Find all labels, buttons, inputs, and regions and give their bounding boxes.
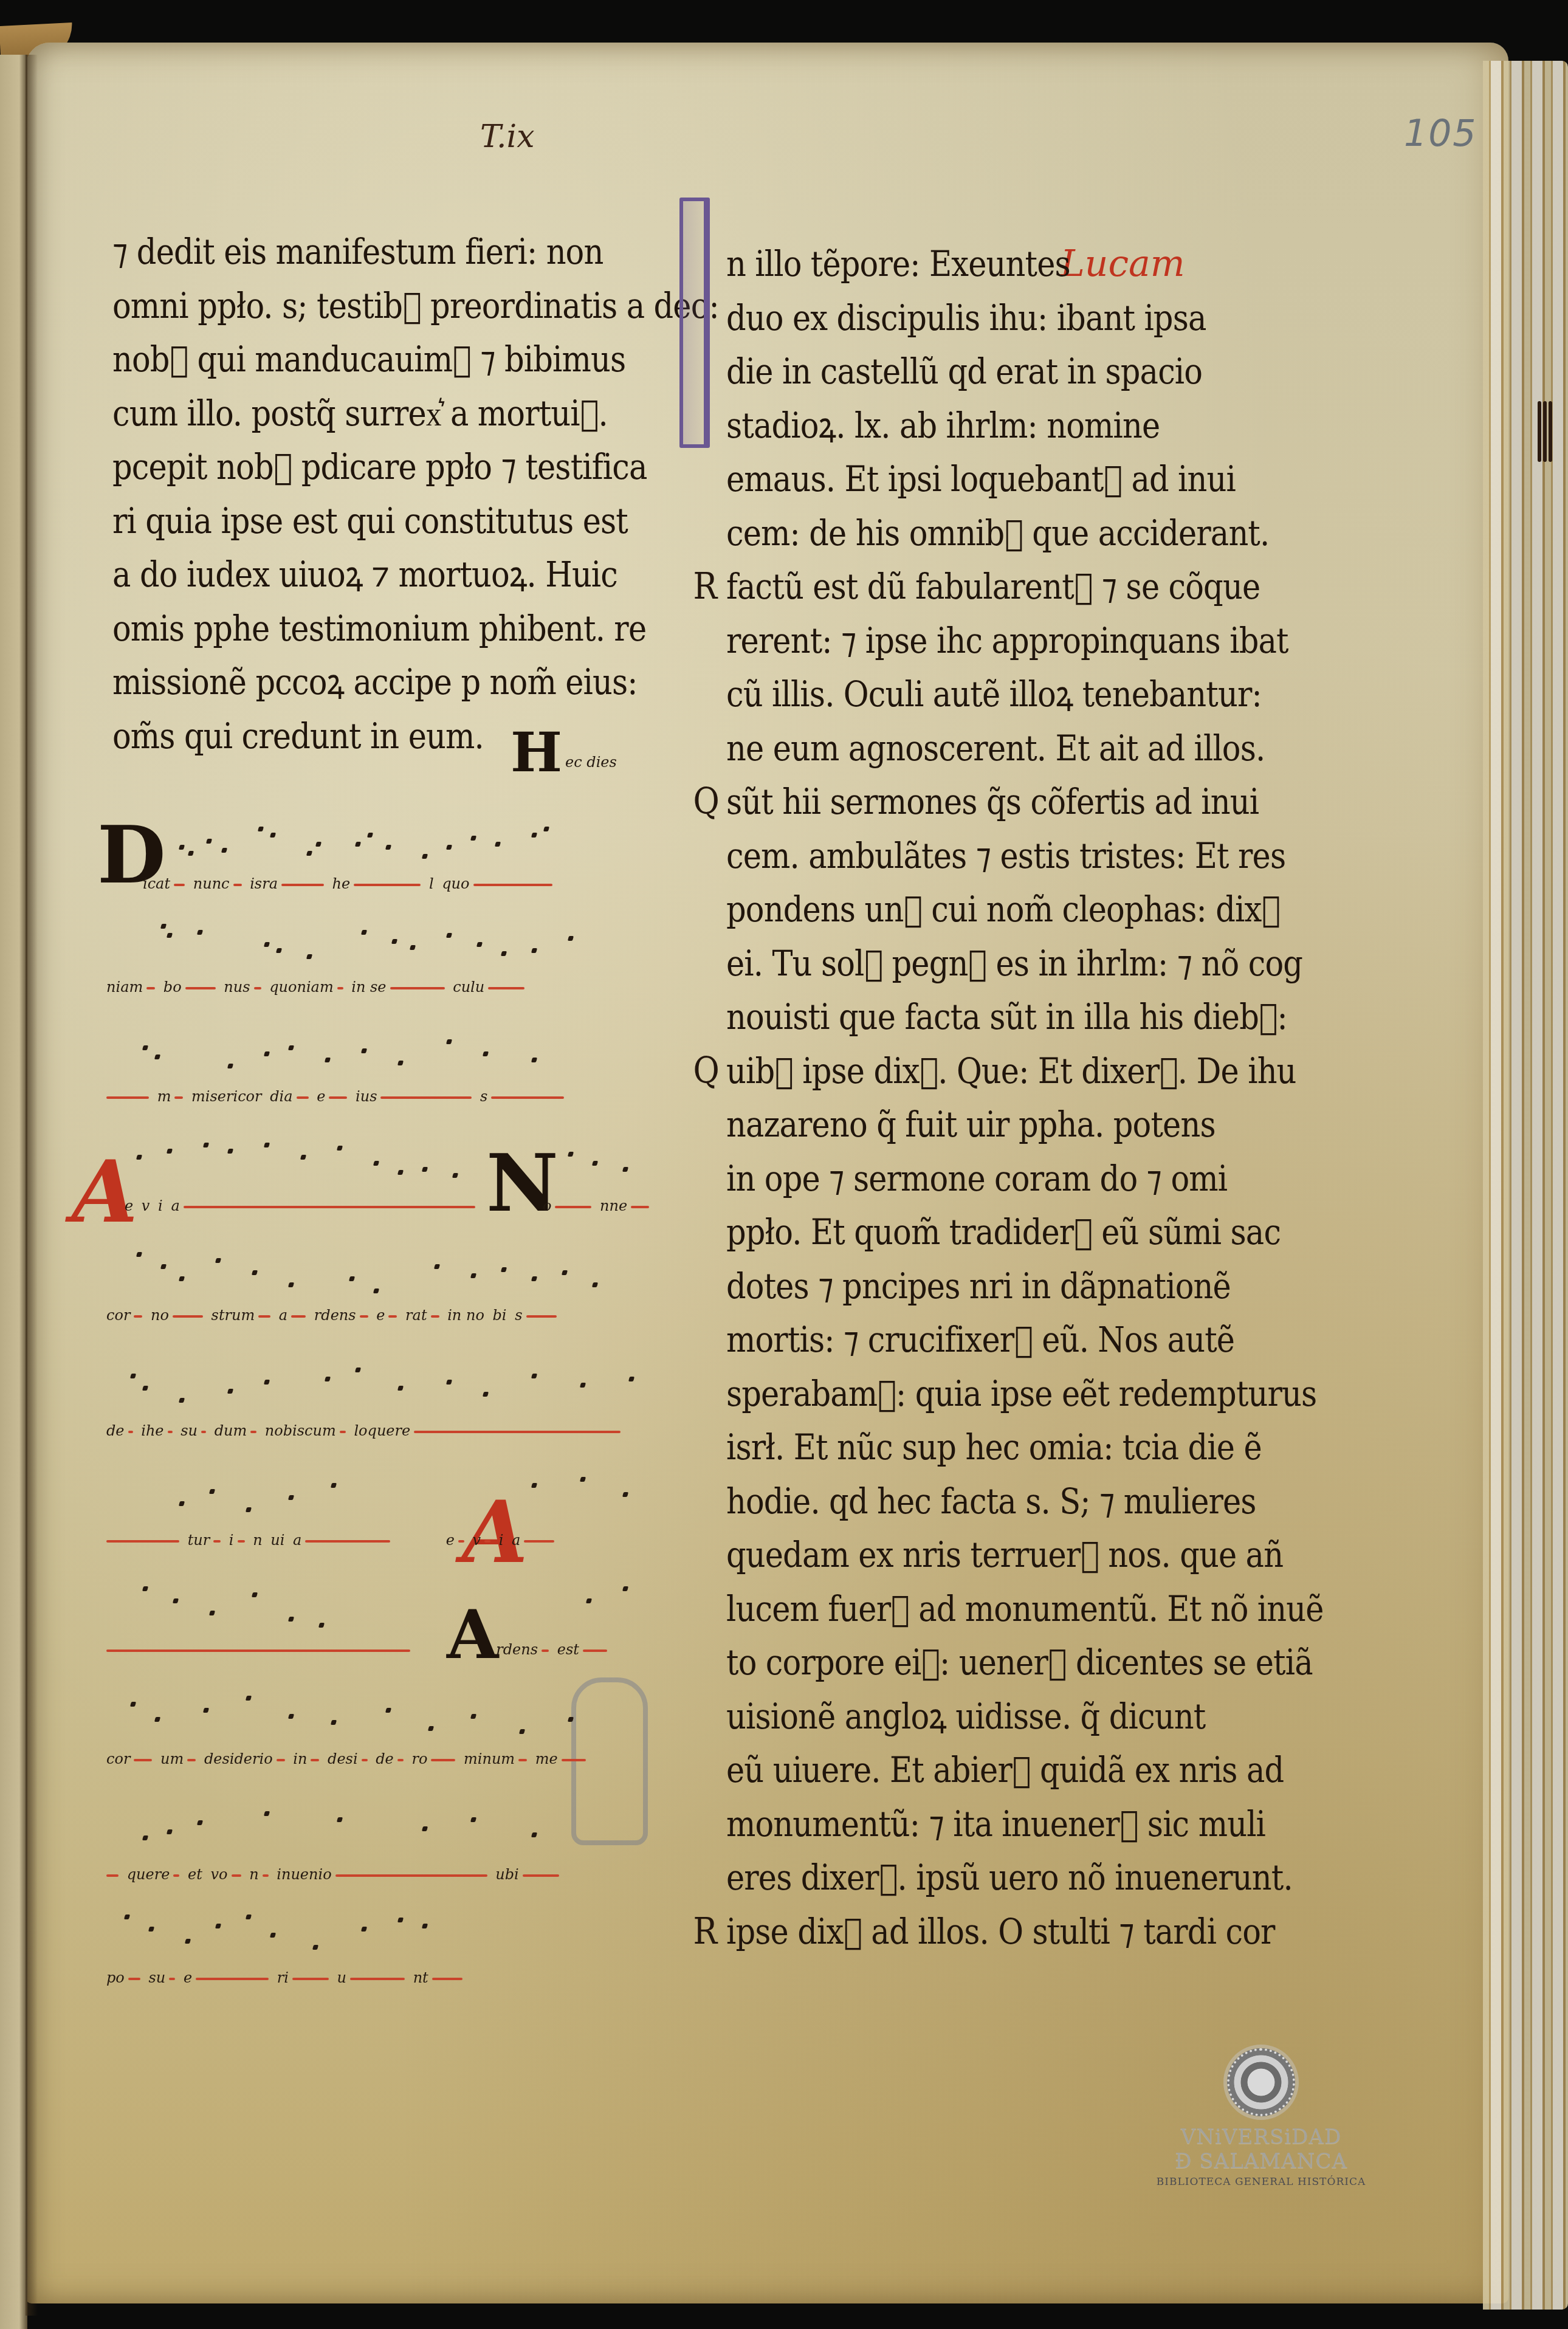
text-line: ne eum agnoscerent. Et ait ad illos. bbox=[726, 721, 1324, 776]
chant-lyric-line: cor no strum a rdens e rat in no bi s bbox=[106, 1307, 665, 1327]
text-line: nazareno q̃ fuit uir ppha. potens bbox=[726, 1098, 1324, 1152]
neume-row bbox=[106, 1799, 665, 1866]
text-line: ppło. Et quom̃ tradider᷒ eũ sũmi sac bbox=[726, 1205, 1324, 1259]
text-line: uisionẽ angloꝝ uidisse. q̃ dicunt bbox=[726, 1690, 1324, 1744]
chant-lyric-line: cor um desiderio in desi de ro minum me bbox=[106, 1750, 665, 1771]
text-line: ri quia ipse est qui constitutus est bbox=[112, 494, 719, 548]
text-line: dotes ⁊ pncipes nri in dãpnationẽ bbox=[726, 1259, 1324, 1313]
response-marker: R bbox=[693, 560, 717, 614]
text-line: a do iudex uiuoꝝ ⁊ mortuoꝝ. Huic bbox=[112, 548, 719, 602]
text-line: to corpore ei᷒: uener᷒ dicentes se etiã bbox=[726, 1636, 1324, 1690]
chant-staff-5: cor no strum a rdens e rat in no bi s bbox=[106, 1240, 665, 1327]
neume-row bbox=[106, 1021, 665, 1088]
neume-row bbox=[106, 1574, 665, 1641]
chant-staff-11: po su e ri u nt bbox=[106, 1902, 665, 1990]
text-line: Qsũt hii sermones q̃s cõfertis ad inui bbox=[726, 775, 1324, 829]
chant-lyric-line: po su e ri u nt bbox=[106, 1969, 665, 1990]
university-seal-icon bbox=[1227, 2048, 1295, 2116]
chant-staff-2: niam bo nus quoniam in se culu bbox=[106, 912, 665, 999]
chant-staff-8: rdens est bbox=[106, 1574, 665, 1662]
neume-row bbox=[106, 1130, 665, 1197]
running-head: T.ix bbox=[480, 119, 535, 155]
text-line: monumentũ: ⁊ ita inuener᷒ sic muli bbox=[726, 1797, 1324, 1851]
neume-row bbox=[106, 1684, 665, 1750]
text-line: rerent: ⁊ ipse ihc appropinquans ibat bbox=[726, 614, 1324, 668]
text-line: n illo tẽpore: Exeuntes bbox=[726, 237, 1324, 291]
chant-staff-3: m misericor dia e ius s bbox=[106, 1021, 665, 1109]
text-line: omni ppło. s; testib᷒ preordinatis a deo… bbox=[112, 279, 719, 333]
watermark-line-2: Ð SALAMANCA bbox=[1130, 2149, 1392, 2173]
chant-staff-10: quere et vo n inuenio ubi bbox=[106, 1799, 665, 1887]
text-line: cũ illis. Oculi autẽ illoꝝ tenebantur: bbox=[726, 667, 1324, 721]
text-line: ⁊ dedit eis manifestum fieri: non bbox=[112, 225, 719, 279]
text-line: die in castellũ qd erat in spacio bbox=[726, 345, 1324, 399]
chant-staff-9: cor um desiderio in desi de ro minum me bbox=[106, 1684, 665, 1771]
initial-i-purple bbox=[679, 198, 710, 448]
chant-lyric-line: e v i a o nne bbox=[125, 1197, 665, 1218]
neume-row bbox=[106, 1355, 665, 1422]
text-line: cum illo. postq̃ surrex͛ a mortui᷒. bbox=[112, 387, 719, 441]
neume-row bbox=[106, 808, 665, 875]
text-line: eres dixer᷒. ipsũ uero nõ inuenerunt. bbox=[726, 1851, 1324, 1905]
watermark-line-1: VNiVERSiDAD bbox=[1130, 2125, 1392, 2149]
text-line: emaus. Et ipsi loquebant᷒ ad inui bbox=[726, 452, 1324, 506]
text-line: cem: de his omnib᷒ que acciderant. bbox=[726, 506, 1324, 560]
chant-staff-6: de ihe su dum nobiscum loquere bbox=[106, 1355, 665, 1443]
chant-lyric-line: quere et vo n inuenio ubi bbox=[106, 1866, 665, 1887]
library-watermark: VNiVERSiDAD Ð SALAMANCA BIBLIOTECA GENER… bbox=[1130, 2048, 1392, 2188]
versicle-initial: H bbox=[511, 720, 562, 785]
chant-lyric-line: rdens est bbox=[106, 1641, 665, 1662]
page-edges-stack bbox=[1483, 61, 1568, 2310]
text-line: missionẽ pccoꝝ accipe p nom̃ eius: bbox=[112, 655, 719, 709]
facing-leaf-edge bbox=[0, 55, 27, 2329]
text-line: pondens un᷒ cui nom̃ cleophas: dix᷒ bbox=[726, 882, 1324, 937]
text-line: mortis: ⁊ crucifixer᷒ eũ. Nos autẽ bbox=[726, 1313, 1324, 1367]
chant-lyric-line: de ihe su dum nobiscum loquere bbox=[106, 1422, 665, 1443]
text-line: ei. Tu sol᷒ pegn᷒ es in ihrlm: ⁊ nõ cog bbox=[726, 937, 1324, 991]
text-line: in ope ⁊ sermone coram do ⁊ omi bbox=[726, 1152, 1324, 1206]
text-line: om̃s qui credunt in eum. bbox=[112, 709, 719, 763]
watermark-line-3: BIBLIOTECA GENERAL HISTÓRICA bbox=[1130, 2176, 1392, 2188]
text-line: Ripse dix᷒ ad illos. O stulti ⁊ tardi co… bbox=[726, 1905, 1324, 1959]
text-line: duo ex discipulis ihu: ibant ipsa bbox=[726, 291, 1324, 345]
right-column-text: n illo tẽpore: Exeuntes duo ex discipuli… bbox=[726, 237, 1324, 1958]
text-line: Quib᷒ ipse dix᷒. Que: Et dixer᷒. De ihu bbox=[726, 1044, 1324, 1098]
chant-staff-1: icat nunc isra he l quo bbox=[106, 808, 665, 896]
chant-staff-4: e v i a o nne bbox=[106, 1130, 665, 1218]
chant-lyric-line: niam bo nus quoniam in se culu bbox=[106, 979, 665, 999]
text-line: nob᷒ qui manducauim᷒ ⁊ bibimus bbox=[112, 332, 719, 387]
versicle-text: ec dies bbox=[565, 754, 617, 771]
chant-staff-7: tur i n ui a e v i a bbox=[106, 1465, 665, 1552]
neume-row bbox=[106, 912, 665, 979]
neume-row bbox=[106, 1465, 665, 1532]
chant-lyric-line: tur i n ui a e v i a bbox=[106, 1532, 665, 1552]
chant-lyric-line: icat nunc isra he l quo bbox=[143, 875, 665, 896]
text-line: eũ uiuere. Et abier᷒ quidã ex nris ad bbox=[726, 1743, 1324, 1797]
gutter-shadow bbox=[26, 55, 38, 2316]
response-marker: R bbox=[693, 1905, 717, 1959]
text-line: omis pphe testimonium phibent. re bbox=[112, 602, 719, 656]
neume-row bbox=[106, 1240, 665, 1307]
edge-ink-marks bbox=[1538, 401, 1555, 468]
text-line: hodie. qd hec facta s. S; ⁊ mulieres bbox=[726, 1474, 1324, 1529]
foliation-number: 105 bbox=[1404, 112, 1477, 155]
chant-lyric-line: m misericor dia e ius s bbox=[106, 1088, 665, 1109]
text-line: isrł. Et nũc sup hec omia: tcia die ẽ bbox=[726, 1420, 1324, 1474]
left-column-text: ⁊ dedit eis manifestum fieri: non omni p… bbox=[112, 225, 719, 763]
neume-row bbox=[106, 1902, 665, 1969]
question-marker: Q bbox=[693, 1044, 718, 1098]
text-line: sperabam᷒: quia ipse eẽt redempturus bbox=[726, 1367, 1324, 1421]
text-line: nouisti que facta sũt in illa his dieb᷒: bbox=[726, 990, 1324, 1044]
text-line: pcepit nob᷒ pdicare ppło ⁊ testifica bbox=[112, 440, 719, 494]
text-line: quedam ex nris terruer᷒ nos. que añ bbox=[726, 1528, 1324, 1582]
text-line: Rfactũ est dũ fabularent᷒ ⁊ se cõque bbox=[726, 560, 1324, 614]
text-line: cem. ambulãtes ⁊ estis tristes: Et res bbox=[726, 829, 1324, 883]
text-line: stadioꝝ. lx. ab ihrlm: nomine bbox=[726, 399, 1324, 453]
question-marker: Q bbox=[693, 775, 718, 829]
text-line: lucem fuer᷒ ad monumentũ. Et nõ inuẽ bbox=[726, 1582, 1324, 1636]
